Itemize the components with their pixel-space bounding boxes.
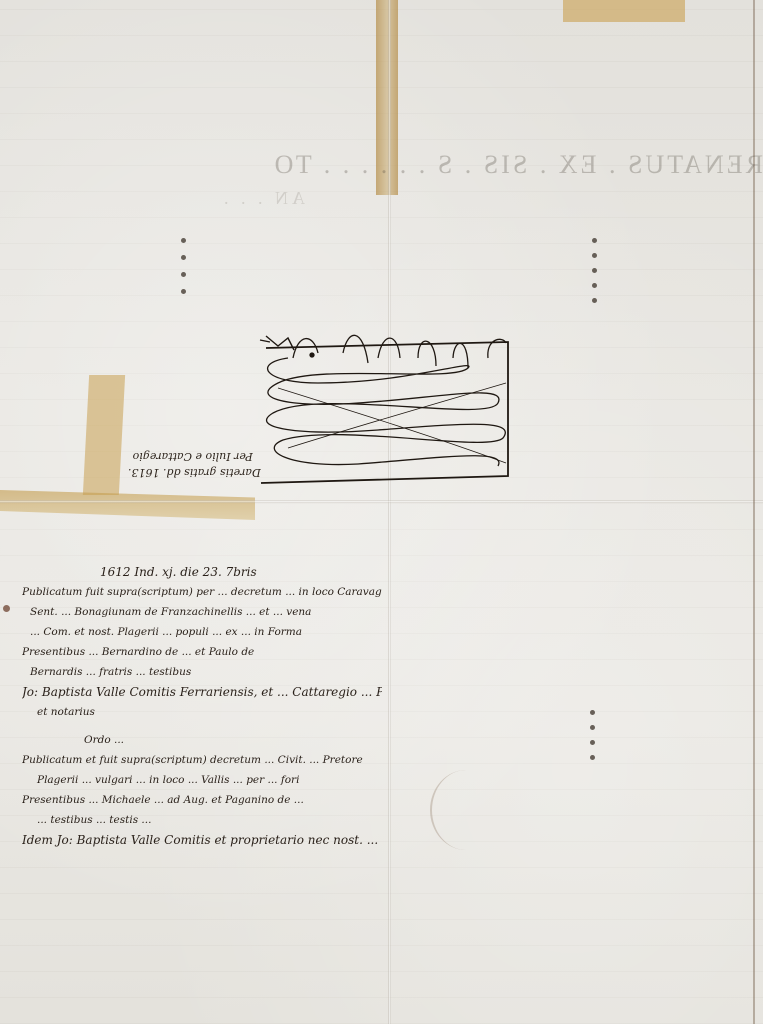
entry-line: ... testibus ... testis ... (22, 810, 382, 830)
hole-icon (592, 238, 597, 243)
endorsement-line-1: Daretis gratis dd. 1613. (128, 464, 261, 480)
upside-down-endorsement: Daretis gratis dd. 1613. Per Iulio e Cat… (128, 448, 261, 480)
entry-signature: Jo: Baptista Valle Comitis Ferrariensis,… (22, 682, 382, 702)
hole-icon (592, 268, 597, 273)
hole-icon (592, 298, 597, 303)
entry-line: Sent. ... Bonagiunam de Franzachinellis … (22, 602, 382, 622)
entry-line: Presentibus ... Michaele ... ad Aug. et … (22, 790, 382, 810)
hole-icon (592, 253, 597, 258)
entry-line: Bernardis ... fratris ... testibus (22, 662, 382, 682)
entry-line: ... Com. et nost. Plagerii ... populi ..… (22, 622, 382, 642)
pen-flourish-box (258, 328, 516, 492)
seal-imprint (430, 770, 502, 850)
endorsement-line-2: Per Iulio e Cattaregio (128, 448, 261, 464)
horizontal-fold-line (0, 500, 763, 503)
entry-line: Publicatum fuit supra(scriptum) per ... … (22, 582, 382, 602)
bleed-through-subline: AN . . . (220, 188, 305, 209)
entry-line: et notarius (22, 702, 382, 722)
manuscript-sheet: RENATUS . EX . SIS . S . . . . . . TO AN… (0, 0, 763, 1024)
stitch-holes-lower-right (590, 710, 595, 760)
entry-signature: Idem Jo: Baptista Valle Comitis et propr… (22, 830, 382, 850)
hole-icon (590, 725, 595, 730)
hole-icon (181, 289, 186, 294)
stitch-holes-left (181, 238, 186, 294)
ink-stain (3, 605, 10, 612)
hole-icon (590, 740, 595, 745)
entry-line: Presentibus ... Bernardino de ... et Pau… (22, 642, 382, 662)
hole-icon (590, 755, 595, 760)
entry-line: Publicatum et fuit supra(scriptum) decre… (22, 750, 382, 770)
tape-strip-left-vertical (83, 375, 125, 495)
tape-strip-left-horizontal (0, 490, 255, 520)
hole-icon (181, 272, 186, 277)
bleed-through-print: RENATUS . EX . SIS . S . . . . . . TO (0, 150, 763, 182)
handwritten-entry: 1612 Ind. xj. die 23. 7bris Publicatum f… (22, 562, 382, 850)
entry-date: 1612 Ind. xj. die 23. 7bris (22, 562, 382, 582)
tape-strip-top-right (563, 0, 685, 22)
hole-icon (590, 710, 595, 715)
entry-subheading: Ordo ... (22, 730, 382, 750)
hole-icon (181, 238, 186, 243)
hole-icon (592, 283, 597, 288)
stitch-holes-right (592, 238, 597, 303)
entry-line: Plagerii ... vulgari ... in loco ... Val… (22, 770, 382, 790)
hole-icon (181, 255, 186, 260)
